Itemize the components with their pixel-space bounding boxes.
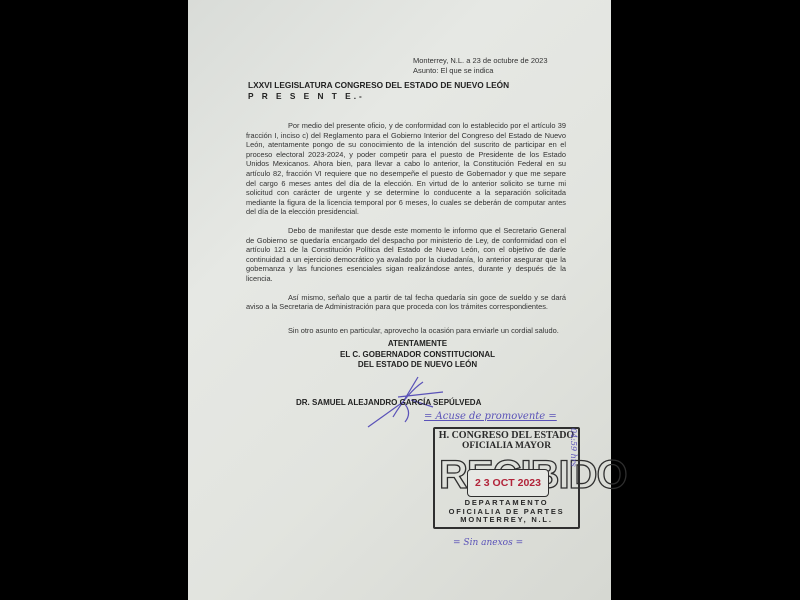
stamp-office: OFICIALIA MAYOR: [435, 441, 578, 451]
received-stamp: H. CONGRESO DEL ESTADO OFICIALIA MAYOR R…: [433, 427, 580, 529]
place-date: Monterrey, N.L. a 23 de octubre de 2023: [413, 56, 548, 66]
addressee-present: P R E S E N T E.-: [248, 91, 509, 102]
addressee-name: LXXVI LEGISLATURA CONGRESO DEL ESTADO DE…: [248, 80, 509, 91]
closing-attentively: ATENTAMENTE: [224, 339, 611, 350]
letter-body: Por medio del presente oficio, y de conf…: [246, 121, 566, 344]
closing-title: EL C. GOBERNADOR CONSTITUCIONAL: [224, 350, 611, 361]
stamp-date: 2 3 OCT 2023: [467, 469, 549, 497]
handwritten-no-annex: = Sin anexos =: [453, 538, 523, 548]
letter-header: Monterrey, N.L. a 23 de octubre de 2023 …: [413, 56, 548, 76]
stamp-dept-line: MONTERREY, N.L.: [435, 516, 578, 525]
closing-state: DEL ESTADO DE NUEVO LEÓN: [224, 360, 611, 371]
body-paragraph: Debo de manifestar que desde este moment…: [246, 226, 566, 284]
closing-block: ATENTAMENTE EL C. GOBERNADOR CONSTITUCIO…: [188, 339, 611, 371]
stamp-congress: H. CONGRESO DEL ESTADO: [435, 430, 578, 441]
stamp-department: DEPARTAMENTO OFICIALIA DE PARTES MONTERR…: [435, 499, 578, 525]
body-paragraph: Sin otro asunto en particular, aprovecho…: [246, 326, 566, 336]
subject-line: Asunto: El que se indica: [413, 66, 548, 76]
handwritten-ack: = Acuse de promovente =: [424, 411, 557, 422]
signer-name: DR. SAMUEL ALEJANDRO GARCÍA SEPÚLVEDA: [296, 398, 481, 407]
body-paragraph: Por medio del presente oficio, y de conf…: [246, 121, 566, 217]
addressee-block: LXXVI LEGISLATURA CONGRESO DEL ESTADO DE…: [248, 80, 509, 102]
body-paragraph: Así mismo, señalo que a partir de tal fe…: [246, 293, 566, 312]
document-page: Monterrey, N.L. a 23 de octubre de 2023 …: [188, 0, 611, 600]
handwritten-time: 04:59 hrs: [569, 428, 578, 467]
